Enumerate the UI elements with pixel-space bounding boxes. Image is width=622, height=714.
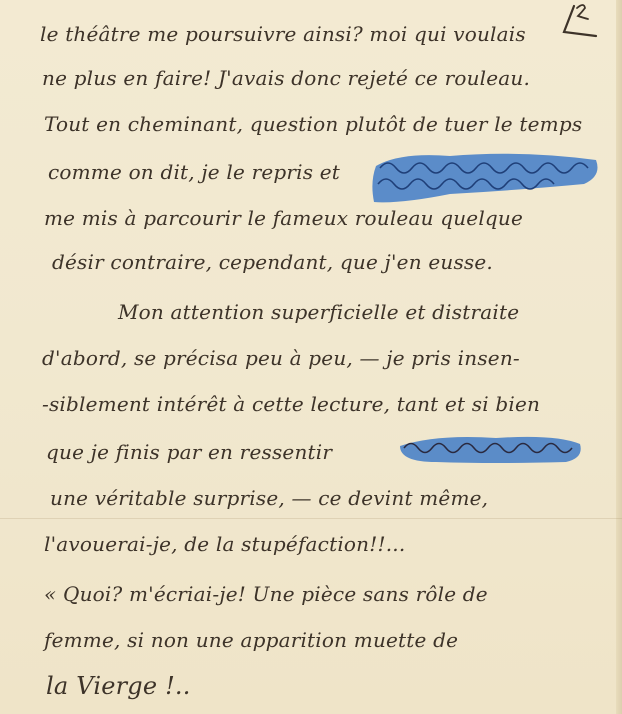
blue-redaction-2: [396, 432, 584, 466]
text-line-4: comme on dit, je le repris et: [48, 160, 340, 184]
manuscript-page: le théâtre me poursuivre ainsi? moi qui …: [0, 0, 622, 714]
text-line-15: la Vierge !..: [46, 672, 191, 700]
text-line-3: Tout en cheminant, question plutôt de tu…: [44, 112, 582, 136]
text-line-13: « Quoi? m'écriai-je! Une pièce sans rôle…: [44, 582, 488, 606]
text-line-6: désir contraire, cependant, que j'en eus…: [52, 250, 493, 274]
blue-redaction-1: [370, 146, 602, 208]
text-line-5: me mis à parcourir le fameux rouleau que…: [44, 206, 523, 230]
text-line-9: -siblement intérêt à cette lecture, tant…: [42, 392, 540, 416]
text-line-10: que je finis par en ressentir: [46, 440, 332, 464]
text-line-1: le théâtre me poursuivre ainsi? moi qui …: [40, 22, 526, 46]
text-line-7: Mon attention superficielle et distraite: [118, 300, 519, 324]
page-number-mark: [560, 2, 600, 38]
text-line-14: femme, si non une apparition muette de: [44, 628, 458, 652]
text-line-2: ne plus en faire! J'avais donc rejeté ce…: [42, 66, 530, 90]
text-line-8: d'abord, se précisa peu à peu, — je pris…: [42, 346, 520, 370]
text-line-11: une véritable surprise, — ce devint même…: [50, 486, 488, 510]
text-line-12: l'avouerai-je, de la stupéfaction!!...: [44, 532, 405, 556]
paper-fold: [0, 518, 622, 519]
page-edge: [616, 0, 622, 714]
